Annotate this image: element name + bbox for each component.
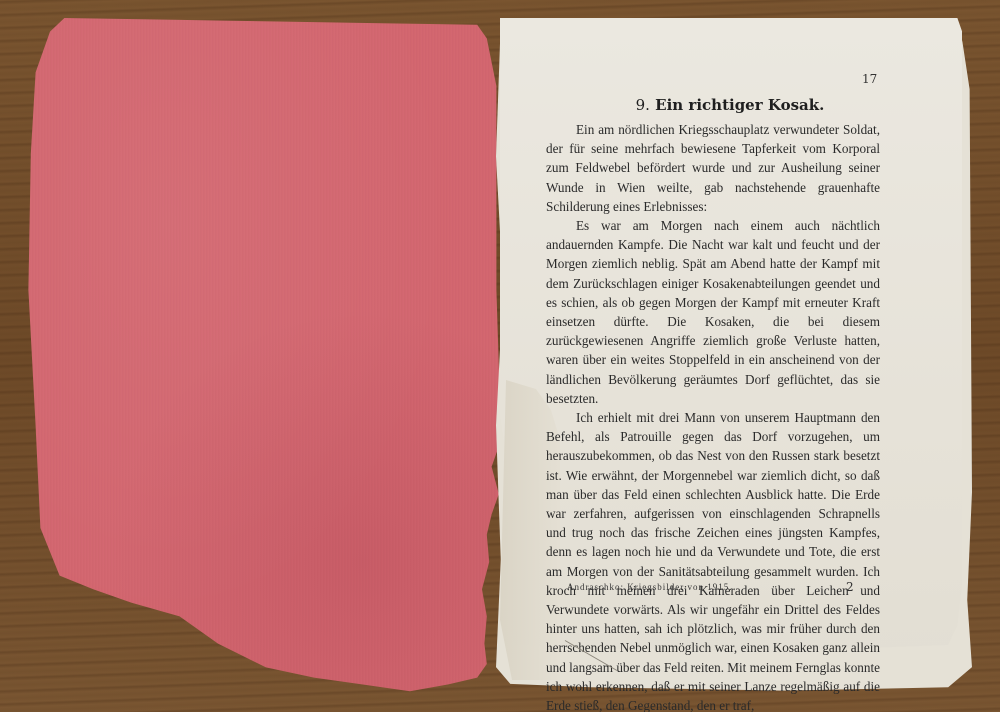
paragraph: Ein am nördlichen Kriegsschauplatz verwu… (546, 120, 880, 216)
chapter-heading: 9. Ein richtiger Kosak. (560, 96, 900, 114)
chapter-title: Ein richtiger Kosak. (655, 96, 824, 114)
paragraph: Es war am Morgen nach einem auch nächtli… (546, 216, 880, 408)
body-text: Ein am nördlichen Kriegsschauplatz verwu… (546, 120, 880, 712)
footer-signature: Andraschko: Kriegsbilder von 1915. (567, 582, 732, 592)
paragraph: Ich erhielt mit drei Mann von unserem Ha… (546, 408, 880, 712)
sheet-number: 2 (846, 580, 854, 594)
chapter-number: 9. (636, 96, 650, 114)
page-number: 17 (862, 72, 877, 86)
